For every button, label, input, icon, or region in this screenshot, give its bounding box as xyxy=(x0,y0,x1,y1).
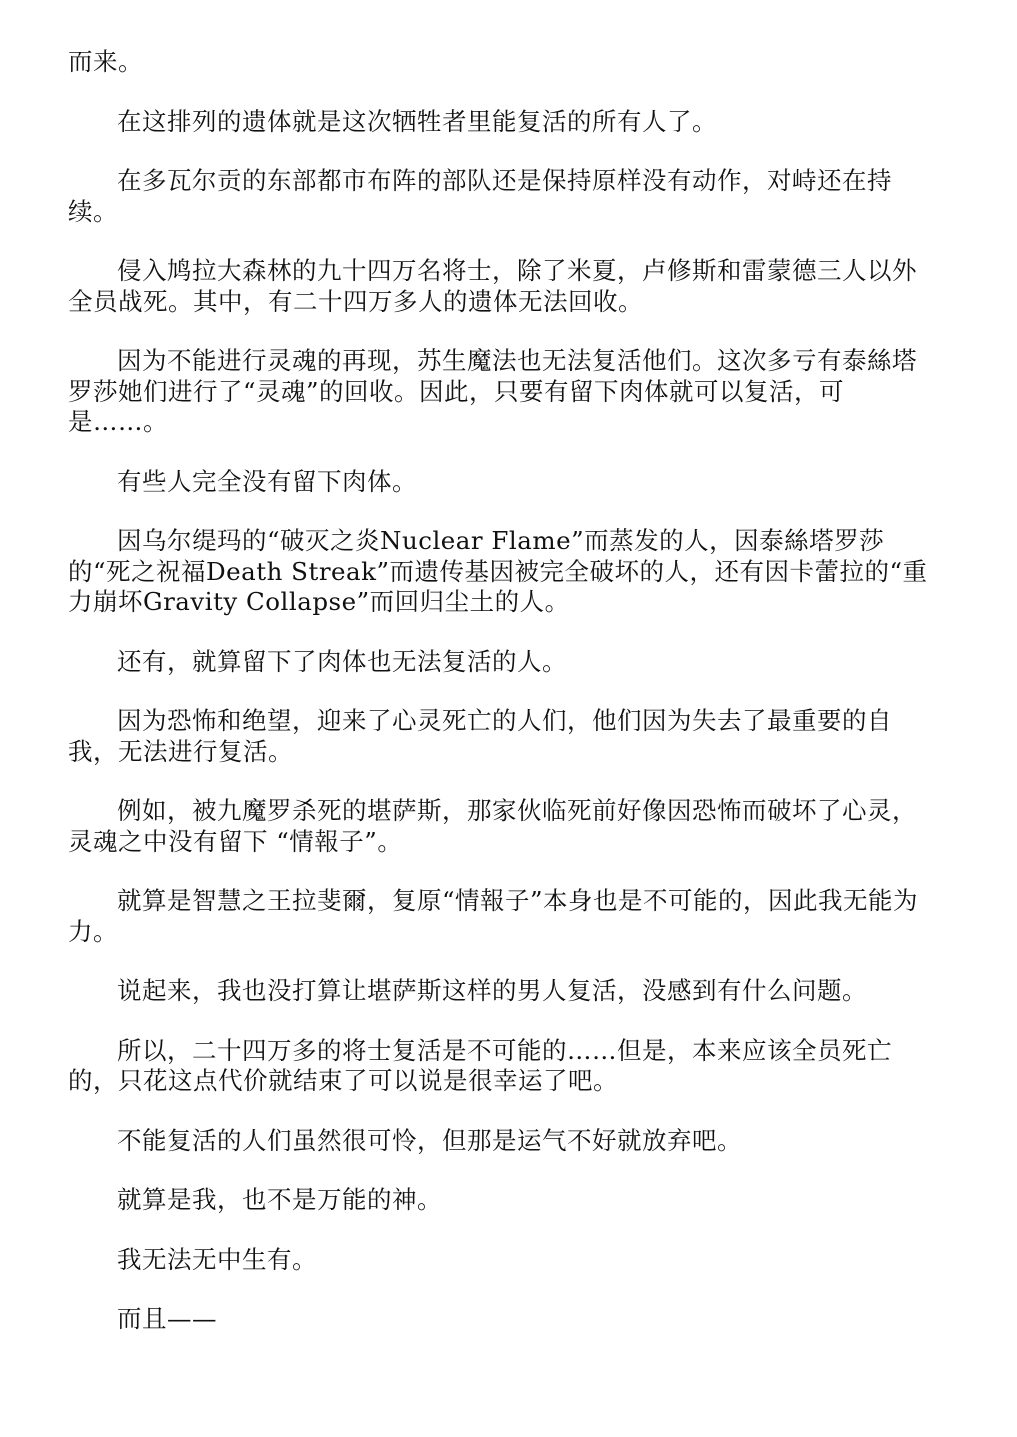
paragraph: 例如，被九魔罗杀死的堪萨斯，那家伙临死前好像因恐怖而破坏了心灵，灵魂之中没有留下… xyxy=(68,796,930,857)
paragraph: 在这排列的遗体就是这次牺牲者里能复活的所有人了。 xyxy=(68,107,930,138)
paragraph: 因为恐怖和绝望，迎来了心灵死亡的人们，他们因为失去了最重要的自我，无法进行复活。 xyxy=(68,706,930,767)
paragraph: 在多瓦尔贡的东部都市布阵的部队还是保持原样没有动作，对峙还在持续。 xyxy=(68,166,930,227)
paragraph-continuation: 而来。 xyxy=(68,47,930,78)
paragraph: 因为不能进行灵魂的再现，苏生魔法也无法复活他们。这次多亏有泰絲塔罗莎她们进行了“… xyxy=(68,346,930,438)
paragraph: 所以，二十四万多的将士复活是不可能的……但是，本来应该全员死亡的，只花这点代价就… xyxy=(68,1036,930,1097)
paragraph: 不能复活的人们虽然很可怜，但那是运气不好就放弃吧。 xyxy=(68,1126,930,1157)
paragraph: 就算是智慧之王拉斐爾，复原“情報子”本身也是不可能的，因此我无能为力。 xyxy=(68,886,930,947)
paragraph: 说起来，我也没打算让堪萨斯这样的男人复活，没感到有什么问题。 xyxy=(68,976,930,1007)
paragraph: 侵入鸠拉大森林的九十四万名将士，除了米夏，卢修斯和雷蒙德三人以外全员战死。其中，… xyxy=(68,256,930,317)
paragraph: 因乌尔缇玛的“破灭之炎Nuclear Flame”而蒸发的人，因泰絲塔罗莎的“死… xyxy=(68,526,930,618)
paragraph: 还有，就算留下了肉体也无法复活的人。 xyxy=(68,647,930,678)
paragraph-final: 而且—— xyxy=(68,1304,930,1335)
paragraph: 我无法无中生有。 xyxy=(68,1245,930,1276)
document-page: 而来。 在这排列的遗体就是这次牺牲者里能复活的所有人了。 在多瓦尔贡的东部都市布… xyxy=(0,0,930,1335)
paragraph: 就算是我，也不是万能的神。 xyxy=(68,1185,930,1216)
paragraph: 有些人完全没有留下肉体。 xyxy=(68,467,930,498)
